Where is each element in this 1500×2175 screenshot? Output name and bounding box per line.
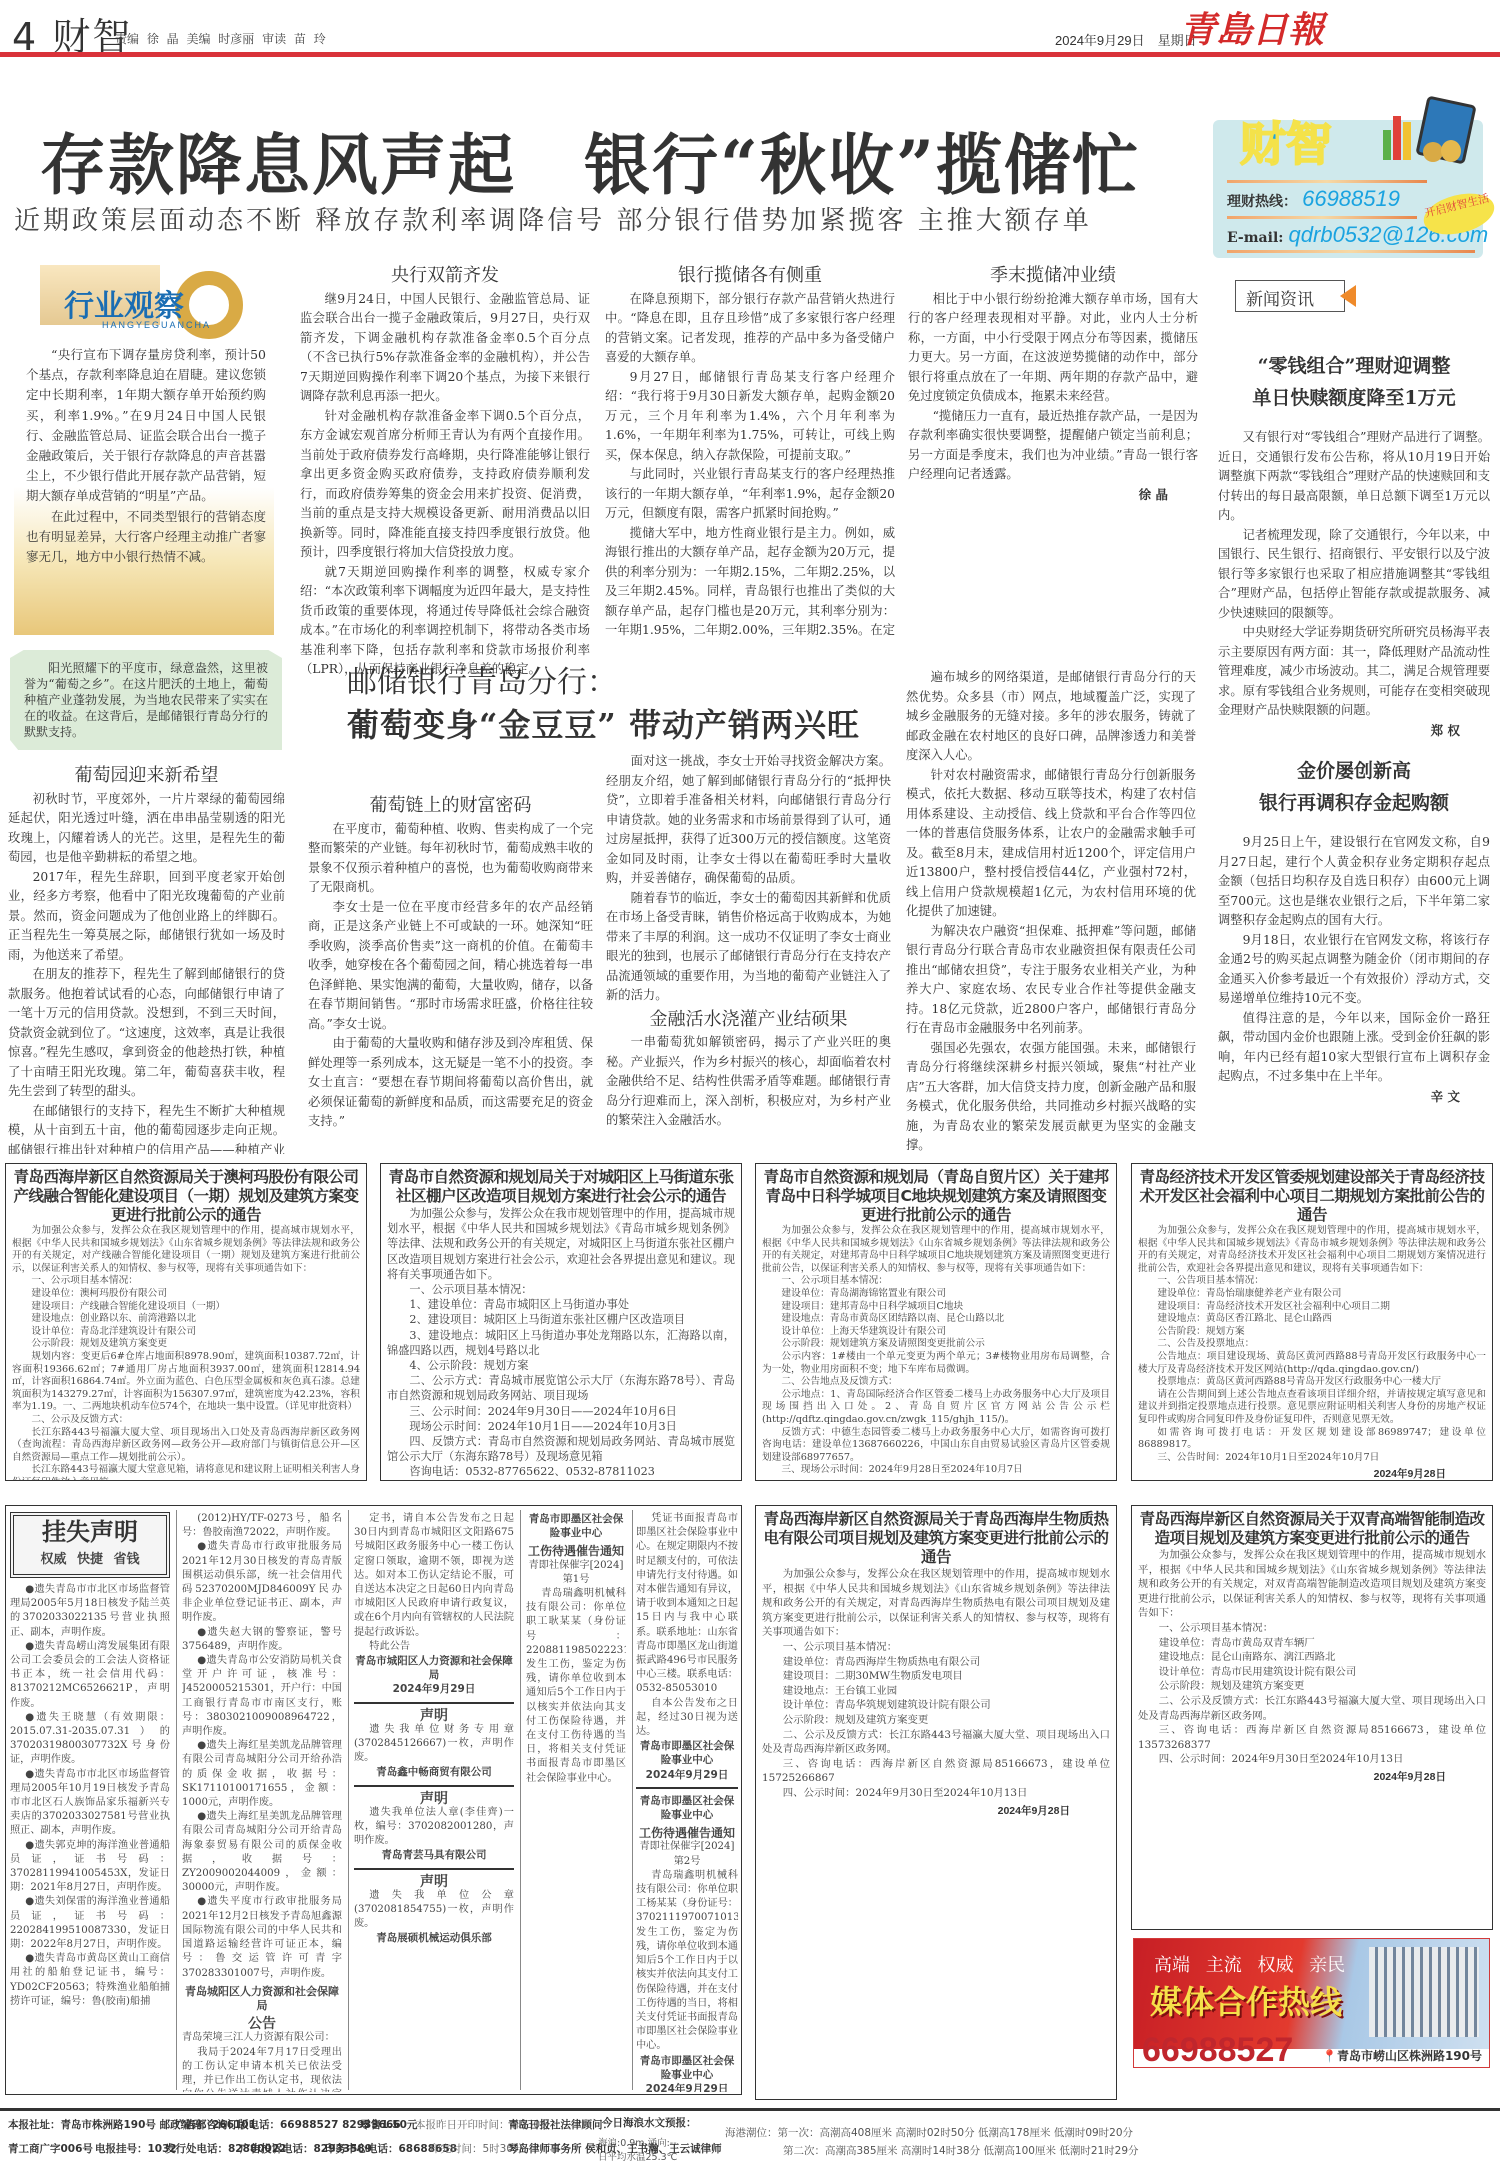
article-title: 金价屡创新高 <box>1218 755 1490 787</box>
lead-subhead: 近期政策层面动态不断 释放存款利率调降信号 部分银行借势加紧揽客 主推大额存单 <box>14 200 1092 237</box>
industry-observation-logo: 行业观察 HANGYEGUANCHA <box>40 275 230 335</box>
byline: 郑 权 <box>1218 721 1490 741</box>
classifieds-col-2: (2012)HY/TF-0273号，船名号：鲁胶南渔72022，声明作废。●遗失… <box>182 1512 342 2092</box>
notice-date: 2024年9月28日 <box>762 1479 1110 1481</box>
article-title: 银行再调积存金起购额 <box>1218 787 1490 819</box>
notice-dongzhang: 青岛市自然资源和规划局关于对城阳区上马街道东张社区棚户区改造项目规划方案进行社会… <box>380 1163 742 1481</box>
classifieds-col-5: 凭证书面报青岛市即墨区社会保险事业中心。在规定期限内不按时足额支付的，可依法申请… <box>636 1512 738 2092</box>
newspaper-logo: 青島日報 <box>1180 2 1324 53</box>
lead-col-2: 银行揽储各有侧重 在降息预期下，部分银行存款产品营销火热进行中。“降息在即，且存… <box>605 262 895 642</box>
lead-intro: “央行宣布下调存量房贷利率，预计50个基点，存款利率降息迫在眉睫。建议您锁定中长… <box>26 345 266 567</box>
feature-headline-1: 邮储银行青岛分行： <box>347 657 617 701</box>
divider <box>1227 216 1417 219</box>
notice-aucma: 青岛西海岸新区自然资源局关于澳柯玛股份有限公司产线融合智能化建设项目（一期）规划… <box>5 1163 367 1481</box>
section-title: 央行双箭齐发 <box>300 266 590 286</box>
notice-title: 青岛西海岸新区自然资源局关于青岛西海岸生物质热电有限公司项目规划及建筑方案变更进… <box>762 1510 1110 1567</box>
news-section-tag: 新闻资讯 <box>1235 280 1345 312</box>
section-title: 葡萄链上的财富密码 <box>308 796 593 816</box>
feature-col-3: 面对这一挑战，李女士开始寻找资金解决方案。经朋友介绍，她了解到邮储银行青岛分行的… <box>606 752 891 1154</box>
masthead: 4 财智 责编 徐 晶 美编 时彦丽 审读 苗 玲 2024年9月29日 星期日… <box>0 0 1500 60</box>
media-hotline-number[interactable]: 66988527 <box>1142 2031 1293 2068</box>
caizhi-card-title: 财智 <box>1240 108 1332 174</box>
byline: 辛 文 <box>1218 1087 1490 1107</box>
notice-date: 2024年9月28日 <box>1138 1769 1486 1784</box>
location-pin-icon: 📍 <box>1322 2049 1337 2063</box>
section-title: 葡萄园迎来新希望 <box>8 766 285 786</box>
feature-col-1: 葡萄园迎来新希望 初秋时节，平度郊外，一片片翠绿的葡萄园绵延起伏，阳光透过叶缝，… <box>8 762 285 1154</box>
feature-col-2: 葡萄链上的财富密码 在平度市，葡萄种植、收购、售卖构成了一个完整而繁荣的产业链。… <box>308 752 593 1154</box>
classifieds-col-4: 青岛市即墨区社会保险事业中心 工伤待遇催告通知 青即社保催字[2024]第1号 … <box>526 1512 626 2092</box>
issue-date: 2024年9月29日 星期日 <box>1055 30 1197 49</box>
lead-col-3: 季末揽储冲业绩 相比于中小银行纷纷抢滩大额存单市场，国有大行的客户经理表现相对平… <box>908 262 1198 642</box>
notice-title: 青岛西海岸新区自然资源局关于双青高端智能制造改造项目规划及建筑方案变更进行批前公… <box>1138 1510 1486 1548</box>
sidebar-article-2: 金价屡创新高 银行再调积存金起购额 9月25日上午，建设银行在官网发文称，自9月… <box>1218 755 1490 1106</box>
hotline-label: 理财热线： <box>1227 194 1297 210</box>
notice-biomass: 青岛西海岸新区自然资源局关于青岛西海岸生物质热电有限公司项目规划及建筑方案变更进… <box>755 1505 1117 2100</box>
divider <box>1227 180 1427 183</box>
classifieds-col-3: 定书，请自本公告发布之日起30日内到青岛市城阳区文阳路675号城阳区政务服务中心… <box>354 1512 514 2092</box>
feature-summary-box: 阳光照耀下的平度市，绿意盎然，这里被誉为“葡萄之乡”。在这片肥沃的土地上，葡萄种… <box>10 650 282 750</box>
lead-col-1: 央行双箭齐发 继9月24日，中国人民银行、金融监管总局、证监会联合出台一揽子金融… <box>300 262 590 680</box>
notice-date: 2024年9月28日 <box>762 1803 1110 1818</box>
article-title: “零钱组合”理财迎调整 <box>1218 350 1490 382</box>
hotline-number[interactable]: 66988519 <box>1302 186 1400 211</box>
notice-shuangqing: 青岛西海岸新区自然资源局关于双青高端智能制造改造项目规划及建筑方案变更进行批前公… <box>1131 1505 1493 1930</box>
section-title: 银行揽储各有侧重 <box>605 266 895 286</box>
classifieds-col-1: ●遗失青岛市市北区市场监督管理局2005年5月18日核发予陆兰英的3702033… <box>10 1583 170 2093</box>
article-title: 单日快赎额度降至1万元 <box>1218 382 1490 414</box>
building-icon <box>1369 1947 1479 2037</box>
feature-col-4: 遍布城乡的网络渠道，是邮储银行青岛分行的天然优势。众多县（市）网点，地域覆盖广泛… <box>906 668 1196 1154</box>
lost-notice-header: 挂失声明 权威 快捷 省钱 <box>10 1512 170 1578</box>
editor-credits: 责编 徐 晶 美编 时彦丽 审读 苗 玲 <box>115 30 326 47</box>
byline: 徐 晶 <box>908 485 1198 505</box>
media-hotline-ad: 高端 主流 权威 亲民 媒体合作热线 66988527 📍青岛市崂山区株洲路19… <box>1133 1938 1490 2068</box>
notice-date: 2024年9月28日 <box>1138 1466 1486 1481</box>
masthead-divider <box>0 52 1500 57</box>
section-title: 季末揽储冲业绩 <box>908 266 1198 286</box>
notice-title: 青岛西海岸新区自然资源局关于澳柯玛股份有限公司产线融合智能化建设项目（一期）规划… <box>12 1168 360 1225</box>
feature-headline-2: 葡萄变身“金豆豆” 带动产销两兴旺 <box>347 700 860 746</box>
section-title: 金融活水浇灌产业结硕果 <box>606 1010 891 1030</box>
tablet-chart-coins-icon <box>1383 100 1478 172</box>
notice-title: 青岛市自然资源和规划局（青岛自贸片区）关于建邦青岛中日科学城项目C地块规划建筑方… <box>762 1168 1110 1225</box>
notice-title: 青岛经济技术开发区管委规划建设部关于青岛经济技术开发区社会福利中心项目二期规划方… <box>1138 1168 1486 1225</box>
notice-jianbang: 青岛市自然资源和规划局（青岛自贸片区）关于建邦青岛中日科学城项目C地块规划建筑方… <box>755 1163 1117 1481</box>
divider <box>1227 250 1475 253</box>
notice-title: 青岛市自然资源和规划局关于对城阳区上马街道东张社区棚户区改造项目规划方案进行社会… <box>387 1168 735 1206</box>
footer: 本报社址：青岛市株洲路190号 邮政编码：266101 广告部咨询订版电话：66… <box>0 2108 1500 2175</box>
sidebar-article-1: “零钱组合”理财迎调整 单日快赎额度降至1万元 又有银行对“零钱组合”理财产品进… <box>1218 350 1490 740</box>
email-label: E-mail: <box>1227 230 1283 246</box>
notice-welfare-center: 青岛经济技术开发区管委规划建设部关于青岛经济技术开发区社会福利中心项目二期规划方… <box>1131 1163 1493 1481</box>
lead-headline: 存款降息风声起 银行“秋收”揽储忙 <box>40 112 1140 207</box>
